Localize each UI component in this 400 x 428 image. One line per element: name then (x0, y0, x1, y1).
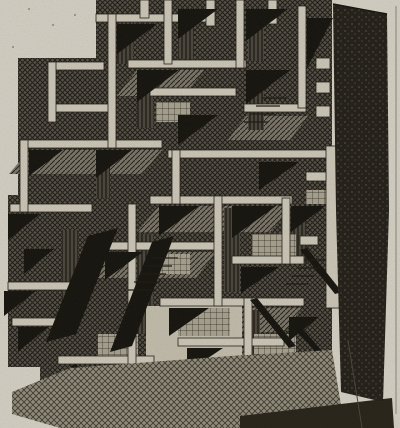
labyrinth-engraving (0, 0, 400, 428)
engraving-figure (0, 0, 400, 428)
engraving-grain-overlay (0, 0, 400, 428)
